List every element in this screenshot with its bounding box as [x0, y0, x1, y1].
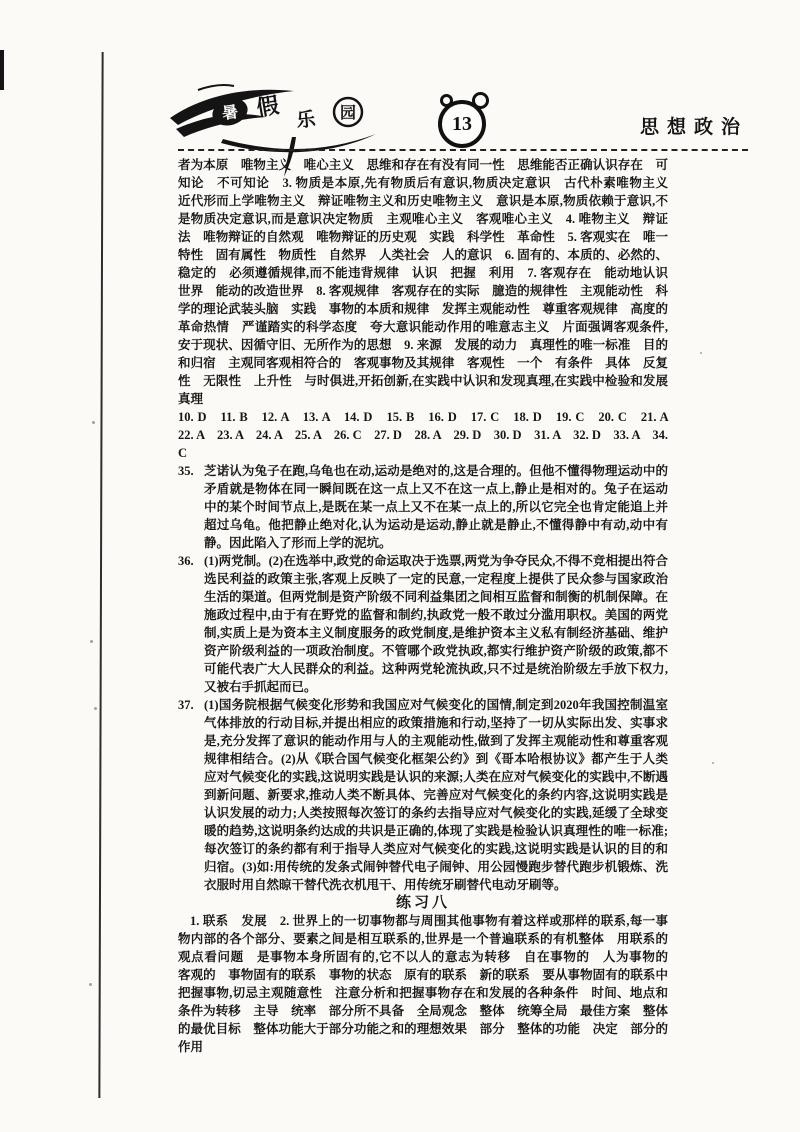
question-37-text: (1)国务院根据气候变化形势和我国应对气候变化的国情,制定到2020年我国控制温… [204, 698, 668, 892]
svg-text:乐: 乐 [295, 108, 317, 132]
page-header: 暑 假 乐 园 13 思想政治 [168, 82, 748, 154]
exercise8-fill-in-answers: 1. 联系 发展 2. 世界上的一切事物都与周围其他事物有着这样或那样的联系,每… [178, 912, 668, 1056]
question-number: 35. [178, 462, 194, 480]
scanned-page: 暑 假 乐 园 13 思想政治 者为本原 唯物主义 唯心主义 思维和存在有没有同… [0, 0, 800, 1132]
scan-speck [89, 983, 92, 986]
question-35-text: 芝诺认为兔子在跑,乌龟也在动,运动是绝对的,这是合理的。但他不懂得物理运动中的矛… [204, 464, 668, 550]
question-35-answer: 35. 芝诺认为兔子在跑,乌龟也在动,运动是绝对的,这是合理的。但他不懂得物理运… [178, 462, 668, 552]
choice-answers-line: 10. D 11. B 12. A 13. A 14. D 15. B 16. … [178, 408, 668, 462]
page-number-badge: 13 [438, 100, 486, 148]
subject-title: 思想政治 [640, 112, 748, 139]
scan-speck [90, 640, 93, 643]
question-number: 37. [178, 696, 194, 714]
scan-speck [94, 707, 97, 710]
dashed-divider [178, 149, 748, 151]
scan-speck [700, 352, 702, 354]
svg-text:假: 假 [255, 92, 281, 120]
scan-speck [712, 762, 714, 764]
svg-text:园: 园 [340, 104, 356, 122]
question-36-text: (1)两党制。(2)在选举中,政党的命运取决于选票,两党为争夺民众,不得不竞相提… [204, 554, 668, 694]
scan-edge-mark [0, 50, 4, 90]
exercise8-title: 练习八 [178, 894, 668, 912]
svg-text:暑: 暑 [221, 102, 240, 123]
question-36-answer: 36. (1)两党制。(2)在选举中,政党的命运取决于选票,两党为争夺民众,不得… [178, 552, 668, 696]
scan-speck [92, 421, 95, 424]
question-number: 36. [178, 552, 194, 570]
answer-content: 者为本原 唯物主义 唯心主义 思维和存在有没有同一性 思维能否正确认识存在 可知… [178, 156, 668, 1056]
question-37-answer: 37. (1)国务院根据气候变化形势和我国应对气候变化的国情,制定到2020年我… [178, 696, 668, 894]
page-number: 13 [442, 104, 482, 144]
exercise7-fill-in-answers: 者为本原 唯物主义 唯心主义 思维和存在有没有同一性 思维能否正确认识存在 可知… [178, 156, 668, 408]
scan-spine-line [98, 52, 103, 1098]
